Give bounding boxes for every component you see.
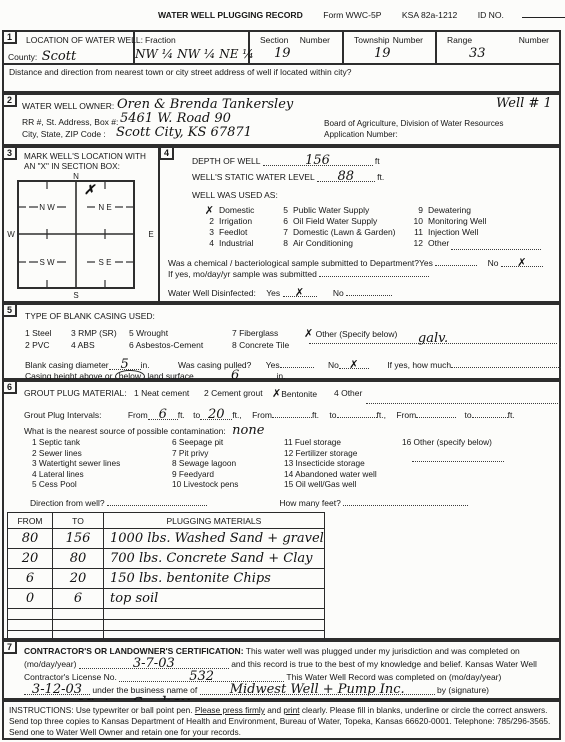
contamination-col2: 6 Seepage pit 7 Pit privy 8 Sewage lagoo…	[172, 437, 238, 490]
compass-e-label: E	[148, 230, 153, 239]
ft-label: ft.	[508, 410, 515, 420]
compass-n-label: N	[73, 172, 79, 181]
table-col-materials: PLUGGING MATERIALS	[104, 513, 325, 529]
section-box-diagram: N S W E N W N E S W S E ✗	[5, 172, 157, 300]
section-1-location: 1 LOCATION OF WATER WELL: County: Scott …	[2, 30, 561, 93]
grout-opt-2: 2 Cement grout	[204, 388, 263, 398]
direction-question: Direction from well?	[30, 498, 105, 508]
table-row: 6 20 150 lbs. bentonite Chips	[8, 569, 325, 589]
used-option-num: 10	[410, 216, 423, 227]
intervals-label: Grout Plug Intervals:	[24, 410, 101, 420]
well-location-x-mark: ✗	[84, 182, 96, 197]
section-1-numbox: 1	[2, 30, 17, 44]
used-option-label: Industrial	[219, 238, 254, 249]
ft-label: ft.	[312, 410, 319, 420]
other-use-blank	[451, 238, 541, 250]
address-label: RR #, St. Address, Box #:	[22, 117, 118, 127]
section-6-numbox: 6	[2, 380, 17, 394]
casing-opt-5: 5 Wrought	[129, 328, 168, 338]
bentonite-x-mark: ✗	[272, 387, 281, 400]
sample-no-blank: ✗	[501, 255, 543, 267]
contam-item: 9 Feedyard	[172, 469, 238, 480]
disinfected-no-label: No	[333, 288, 344, 298]
used-option-label: Public Water Supply	[293, 205, 369, 216]
contam-item: 15 Oil well/Gas well	[284, 479, 377, 490]
used-option-num: 7	[280, 227, 288, 238]
used-option-label: Monitoring Well	[428, 216, 486, 227]
casing-opt-6: 6 Asbestos-Cement	[129, 340, 203, 350]
form-number: Form WWC-5P	[323, 10, 381, 20]
casing-opt-1: 1 Steel	[25, 328, 51, 338]
interval-from3-blank	[416, 406, 456, 418]
used-option-num: 3	[204, 227, 214, 238]
id-no-label: ID NO.	[478, 10, 504, 20]
sample-no-x-mark: ✗	[517, 257, 526, 268]
contamination-col3: 11 Fuel storage 12 Fertilizer storage 13…	[284, 437, 377, 490]
interval-to1-blank: 20	[200, 408, 232, 420]
casing-other-specify-blank: galv.	[309, 332, 557, 344]
sample-date-blank	[319, 265, 429, 277]
casing-diameter-line: Blank casing diameter5in. Was casing pul…	[25, 356, 561, 370]
from-label: From	[128, 410, 148, 420]
used-as-col1: ✗Domestic 2Irrigation 3Feedlot 4Industri…	[204, 205, 254, 249]
instructions-text-1: INSTRUCTIONS: Use typewriter or ball poi…	[9, 705, 195, 715]
row-from-value: 0	[26, 591, 34, 606]
contam-item: 1 Septic tank	[32, 437, 120, 448]
section-5-numbox: 5	[2, 303, 17, 317]
contam-item: 14 Abandoned water well	[284, 469, 377, 480]
row-material-value: top soil	[104, 591, 158, 606]
interval-from1-value: 6	[159, 408, 167, 421]
form-title: WATER WELL PLUGGING RECORD	[158, 10, 303, 20]
city-value: Scott City, KS 67871	[116, 126, 252, 139]
bentonite-label: Bentonite	[281, 389, 317, 399]
pulled-no-label: No	[328, 360, 339, 370]
used-option-label: Dewatering	[428, 205, 471, 216]
disinfected-line: Water Well Disinfected: Yes ✗ No	[168, 284, 392, 298]
section-number-label: Number	[300, 35, 330, 45]
used-as-col3: 9Dewatering 10Monitoring Well 11Injectio…	[410, 205, 541, 250]
depth-value: 156	[305, 154, 330, 167]
fraction-value: NW ¼ NW ¼ NE ¼	[135, 45, 248, 60]
section-3-title-line2: AN "X" IN SECTION BOX:	[24, 162, 120, 171]
casing-other-value: galv.	[418, 332, 448, 345]
used-option-label: Irrigation	[219, 216, 252, 227]
business-name-value: Midwest Well + Pump Inc.	[230, 683, 405, 696]
domestic-x-mark: ✗	[204, 205, 214, 216]
business-name-blank: Midwest Well + Pump Inc.	[200, 683, 435, 695]
used-option-num: 4	[204, 238, 214, 249]
used-option-label: Injection Well	[428, 227, 478, 238]
used-option-label: Domestic	[219, 205, 254, 216]
row-to-value: 156	[66, 531, 91, 546]
casing-title: TYPE OF BLANK CASING USED:	[25, 311, 155, 321]
grout-title: GROUT PLUG MATERIAL:	[24, 388, 127, 398]
used-as-label: WELL WAS USED AS:	[192, 190, 278, 200]
how-much-label: If yes, how much	[387, 360, 451, 370]
interval-from1-blank: 6	[148, 408, 178, 420]
owner-value: Oren & Brenda Tankersley	[117, 98, 293, 111]
license-no-blank: 532	[119, 670, 284, 682]
county-value: Scott	[42, 49, 76, 64]
to-label: to	[465, 410, 472, 420]
used-option-label: Feedlot	[219, 227, 247, 238]
address-value: 5461 W. Road 90	[120, 112, 231, 125]
static-level-unit: ft.	[377, 172, 384, 182]
grout-opt-4: 4 Other	[334, 388, 362, 398]
static-level-label: WELL'S STATIC WATER LEVEL	[192, 172, 314, 182]
depth-unit: ft	[375, 156, 380, 166]
contam-item: 16 Other (specify below)	[402, 437, 504, 448]
contam-item: 11 Fuel storage	[284, 437, 377, 448]
certification-text-5: by (signature)	[437, 685, 489, 695]
row-to-value: 20	[70, 571, 87, 586]
section-1-title: LOCATION OF WATER WELL:	[4, 32, 133, 45]
row-from-value: 80	[22, 531, 39, 546]
casing-opt-4: 4 ABS	[71, 340, 95, 350]
record-date-value: 3-12-03	[32, 683, 82, 696]
casing-opt-8: 8 Concrete Tile	[232, 340, 289, 350]
section-2-owner: 2 WATER WELL OWNER: Oren & Brenda Tanker…	[2, 93, 561, 146]
township-number-label: Number	[393, 35, 423, 45]
used-option-num: 8	[280, 238, 288, 249]
disinfected-yes-blank: ✗	[283, 285, 317, 297]
static-level-blank: 88	[317, 170, 375, 182]
feet-blank	[343, 494, 468, 506]
section-col-label: Section	[260, 35, 288, 45]
interval-to3-blank	[472, 406, 508, 418]
instructions-box: INSTRUCTIONS: Use typewriter or ball poi…	[2, 700, 561, 740]
direction-line: Direction from well? How many feet?	[30, 494, 468, 508]
city-label: City, State, ZIP Code :	[22, 129, 106, 139]
certification-text-3: This Water Well Record was completed on …	[286, 672, 501, 682]
contam-item: 13 Insecticide storage	[284, 458, 377, 469]
sample-yes-blank	[435, 254, 477, 266]
table-row-empty	[8, 620, 325, 631]
pulled-yes-blank	[280, 356, 314, 368]
used-option-num: 11	[410, 227, 423, 238]
form-header: WATER WELL PLUGGING RECORD Form WWC-5P K…	[158, 8, 565, 20]
row-from-value: 20	[22, 551, 39, 566]
section-3-location-box: 3 MARK WELL'S LOCATION WITH AN "X" IN SE…	[4, 148, 160, 301]
used-option-label: Oil Field Water Supply	[293, 216, 377, 227]
owner-label: WATER WELL OWNER:	[22, 101, 114, 111]
ft-label: ft.	[232, 410, 239, 420]
ksa-statute: KSA 82a-1212	[402, 10, 457, 20]
table-row: 0 6 top soil	[8, 589, 325, 609]
contam-item: 8 Sewage lagoon	[172, 458, 238, 469]
instructions-underline-1: Please press firmly	[195, 705, 265, 715]
used-option-num: 6	[280, 216, 288, 227]
record-date-blank: 3-12-03	[24, 683, 90, 695]
instructions-underline-2: print	[283, 705, 299, 715]
to-label: to	[329, 410, 336, 420]
quadrant-sw-label: S W	[39, 258, 55, 267]
section-value: 19	[250, 45, 342, 60]
used-option-label: Domestic (Lawn & Garden)	[293, 227, 396, 238]
used-option-num: 12	[410, 238, 423, 250]
sample-no-label: No	[488, 258, 499, 268]
water-well-plugging-form: WATER WELL PLUGGING RECORD Form WWC-5P K…	[0, 0, 565, 742]
township-col-label: Township	[354, 35, 389, 45]
section-3-4-block: 3 MARK WELL'S LOCATION WITH AN "X" IN SE…	[2, 146, 561, 303]
casing-opt-7: 7 Fiberglass	[232, 328, 278, 338]
section-4-numbox: 4	[159, 146, 174, 160]
interval-from2-blank	[272, 406, 312, 418]
contamination-question-line: What is the nearest source of possible c…	[24, 424, 264, 437]
county-label: County:	[8, 52, 37, 62]
compass-s-label: S	[73, 291, 78, 300]
contam-item: 4 Lateral lines	[32, 469, 120, 480]
contamination-question: What is the nearest source of possible c…	[24, 426, 226, 436]
completed-date-value: 3-7-03	[133, 657, 175, 670]
contamination-col4: 16 Other (specify below)	[402, 437, 504, 464]
section-3-numbox: 3	[2, 146, 17, 160]
depth-of-well-line: DEPTH OF WELL 156 ft	[192, 154, 380, 166]
board-line1: Board of Agriculture, Division of Water …	[324, 119, 503, 128]
direction-blank	[107, 494, 207, 506]
board-line2: Application Number:	[324, 130, 398, 139]
disinfected-no-blank	[346, 284, 392, 296]
pulled-no-blank: ✗	[339, 357, 369, 369]
section-1-grid: LOCATION OF WATER WELL: County: Scott Fr…	[4, 32, 559, 63]
id-no-blank	[522, 8, 565, 18]
used-option-num: 5	[280, 205, 288, 216]
disinfected-label: Water Well Disinfected:	[168, 288, 256, 298]
row-from-value: 6	[26, 571, 34, 586]
row-material-value: 150 lbs. bentonite Chips	[104, 571, 271, 586]
row-to-value: 6	[74, 591, 82, 606]
section-7-certification: 7 CONTRACTOR'S OR LANDOWNER'S CERTIFICAT…	[2, 640, 561, 700]
contam-other-blank	[412, 450, 504, 462]
quadrant-nw-label: N W	[39, 203, 55, 212]
from-label: From	[396, 410, 416, 420]
section-4-well-details: 4 DEPTH OF WELL 156 ft WELL'S STATIC WAT…	[160, 148, 559, 301]
contam-item: 6 Seepage pit	[172, 437, 238, 448]
used-option-num: 9	[410, 205, 423, 216]
from-label: From	[252, 410, 272, 420]
casing-opt-2: 2 PVC	[25, 340, 50, 350]
contamination-col1: 1 Septic tank 2 Sewer lines 3 Watertight…	[32, 437, 120, 490]
contam-item: 10 Livestock pens	[172, 479, 238, 490]
plugging-materials-table: FROM TO PLUGGING MATERIALS 80 156 1000 l…	[7, 512, 325, 642]
range-number-label: Number	[519, 35, 549, 45]
disinfected-yes-x-mark: ✗	[295, 287, 304, 298]
table-row-empty	[8, 609, 325, 620]
ft-label: ft.	[178, 410, 185, 420]
contamination-answer: none	[232, 423, 264, 438]
row-material-value: 1000 lbs. Washed Sand + gravel	[104, 531, 324, 546]
license-no-value: 532	[189, 670, 214, 683]
section-2-numbox: 2	[2, 93, 17, 107]
depth-blank: 156	[263, 154, 373, 166]
casing-opt-3: 3 RMP (SR)	[71, 328, 117, 338]
contam-item: 5 Cess Pool	[32, 479, 120, 490]
contam-item: 3 Watertight sewer lines	[32, 458, 120, 469]
township-value: 19	[344, 45, 435, 60]
fraction-label: Fraction	[135, 32, 248, 45]
range-value: 33	[437, 45, 561, 60]
used-option-label: Other	[428, 238, 449, 250]
row-material-value: 700 lbs. Concrete Sand + Clay	[104, 551, 312, 566]
table-row: 80 156 1000 lbs. Washed Sand + gravel	[8, 529, 325, 549]
used-option-label: Air Conditioning	[293, 238, 353, 249]
disinfected-yes-label: Yes	[266, 288, 280, 298]
grout-other-blank	[366, 392, 558, 404]
certification-title: CONTRACTOR'S OR LANDOWNER'S CERTIFICATIO…	[24, 646, 244, 656]
sample-date-line: If yes, mo/day/yr sample was submitted	[168, 265, 429, 279]
how-much-blank	[451, 356, 561, 368]
well-id-value: Well # 1	[496, 97, 552, 110]
row-to-value: 80	[70, 551, 87, 566]
table-col-to: TO	[53, 513, 104, 529]
used-option-num: 2	[204, 216, 214, 227]
used-as-col2: 5Public Water Supply 6Oil Field Water Su…	[280, 205, 396, 249]
quadrant-se-label: S E	[99, 258, 112, 267]
grout-opt-1: 1 Neat cement	[134, 388, 189, 398]
grout-opt-3: ✗Bentonite	[272, 388, 317, 399]
section-7-numbox: 7	[2, 640, 17, 654]
contam-item: 12 Fertilizer storage	[284, 448, 377, 459]
range-col-label: Range	[447, 35, 472, 45]
section-3-title-line1: MARK WELL'S LOCATION WITH	[24, 152, 146, 161]
static-level-value: 88	[337, 170, 354, 183]
depth-label: DEPTH OF WELL	[192, 156, 260, 166]
ft-label: ft.	[377, 410, 384, 420]
to-label: to	[193, 410, 200, 420]
instructions-text-2: and	[265, 705, 283, 715]
pulled-no-x-mark: ✗	[349, 359, 358, 370]
table-col-from: FROM	[8, 513, 53, 529]
quadrant-ne-label: N E	[98, 203, 111, 212]
interval-to2-blank	[337, 406, 377, 418]
grout-intervals-line: Grout Plug Intervals: From6ft. to20ft., …	[24, 406, 515, 420]
compass-w-label: W	[7, 230, 15, 239]
section-6-grout: 6 GROUT PLUG MATERIAL: 1 Neat cement 2 C…	[2, 380, 561, 640]
distance-question: Distance and direction from nearest town…	[4, 63, 559, 91]
contam-item: 7 Pit privy	[172, 448, 238, 459]
section-5-casing: 5 TYPE OF BLANK CASING USED: 1 Steel 3 R…	[2, 303, 561, 380]
table-row: 20 80 700 lbs. Concrete Sand + Clay	[8, 549, 325, 569]
completed-date-blank: 3-7-03	[79, 657, 229, 669]
interval-to1-value: 20	[208, 408, 225, 421]
static-level-line: WELL'S STATIC WATER LEVEL 88 ft.	[192, 170, 384, 182]
feet-question: How many feet?	[279, 498, 340, 508]
contam-item: 2 Sewer lines	[32, 448, 120, 459]
sample-date-label: If yes, mo/day/yr sample was submitted	[168, 269, 317, 279]
